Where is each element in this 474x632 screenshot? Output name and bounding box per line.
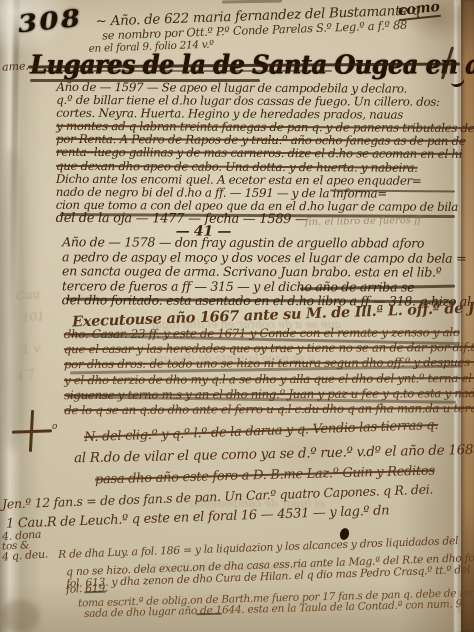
ghost-margin-note: 1 v (21, 341, 41, 357)
stain-bottom-left (0, 600, 40, 632)
margin-note: 4 q. deu. (2, 547, 49, 563)
ghost-margin-note: 101 (22, 309, 46, 325)
top-annotation: ~ Año. de 622 maria fernandez del Bustam… (95, 2, 421, 54)
manuscript-page: que se a de cobrar en el dho lugar y se … (0, 0, 474, 632)
margin-small-o-mark: o (52, 422, 57, 432)
later-note-line: al R.do de vilar el que como ya se d.º r… (74, 442, 474, 467)
ghost-margin-note: 4 7 (15, 367, 36, 384)
heading-strike-mark (32, 70, 332, 72)
later-note-line: N. del clig.º y q.º l.º de la darua y q.… (84, 418, 439, 445)
margin-word: ame. (2, 59, 30, 73)
top-edge-pen-stroke (222, 0, 282, 4)
cancelled-line: de lo q se an q.do dho ante el ferro u q… (64, 401, 474, 419)
ghost-margin-note: Cau (15, 287, 40, 303)
bottom-note-line: fol. 619. (66, 581, 109, 595)
fin-annotation: fin. el libro de fueros ff (305, 215, 421, 228)
